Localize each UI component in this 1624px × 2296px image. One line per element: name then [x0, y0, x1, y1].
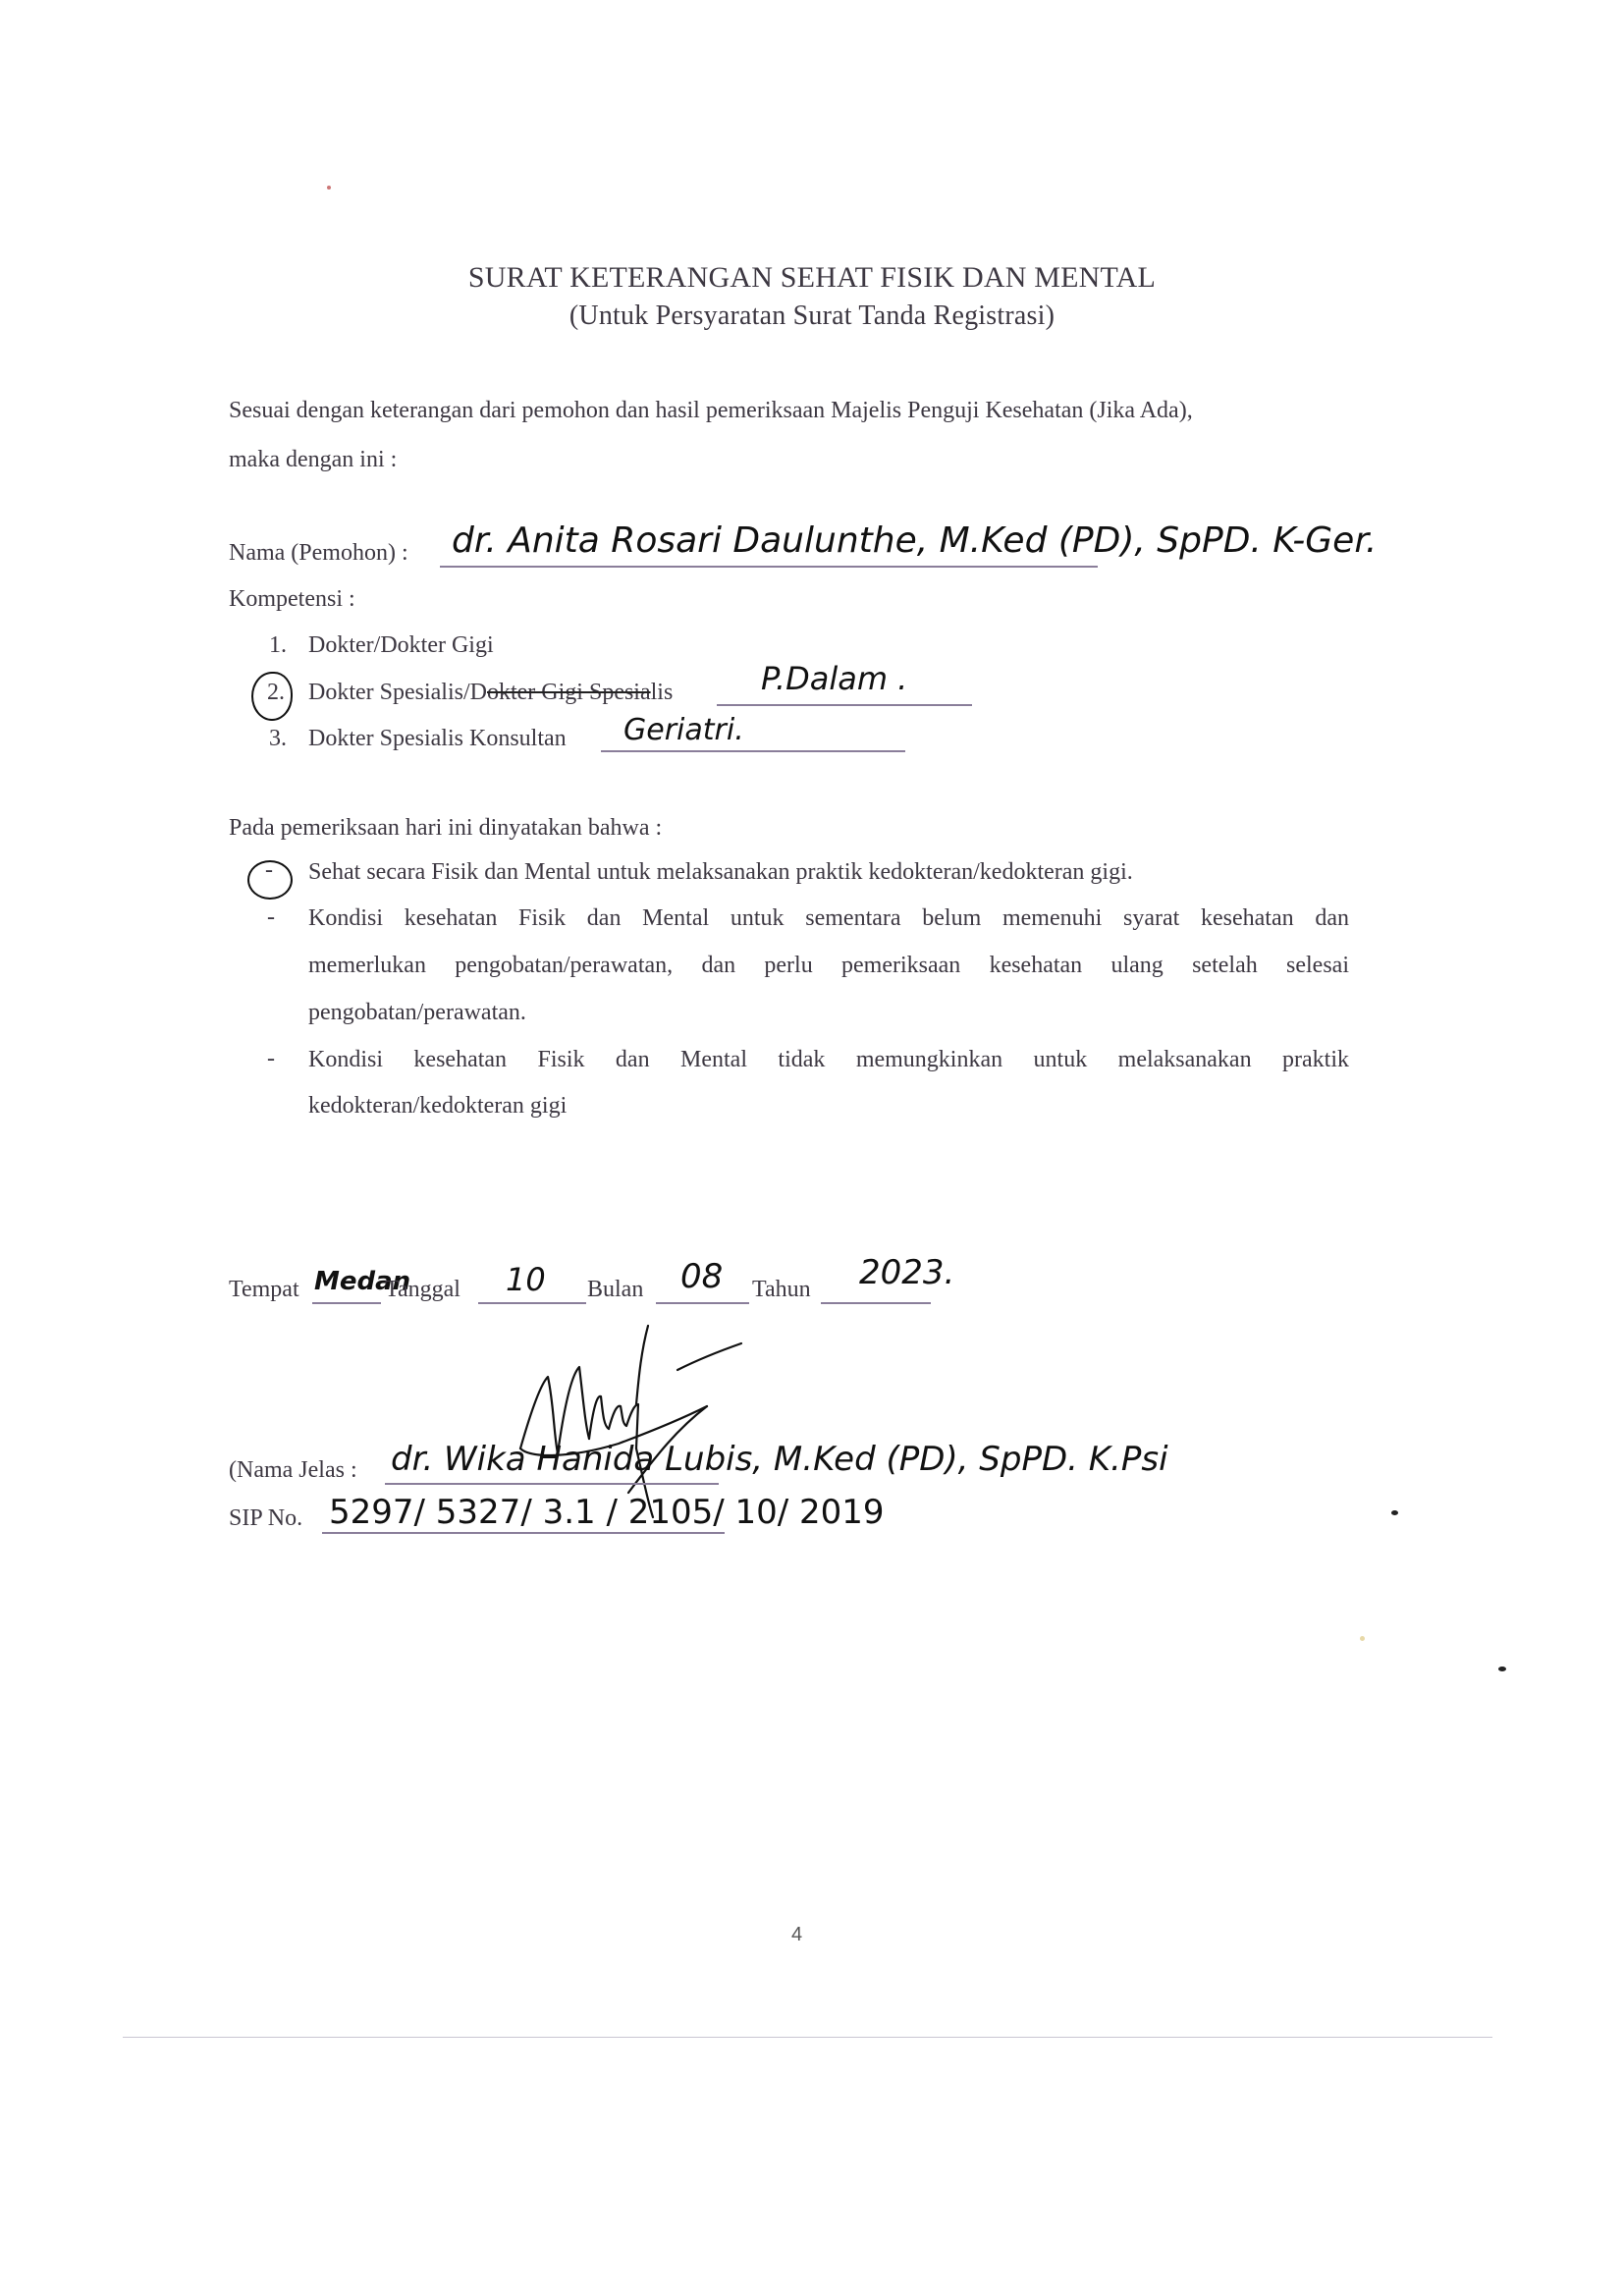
exam-item-2-bullet: -	[267, 904, 275, 931]
exam-item-3-bullet: -	[267, 1046, 275, 1072]
month-underline	[656, 1302, 749, 1304]
signer-name-underline	[385, 1483, 719, 1485]
day-label: Tanggal	[385, 1277, 460, 1303]
exam-item-2-line-3: pengobatan/perawatan.	[308, 1000, 526, 1026]
scan-speck	[1391, 1510, 1398, 1515]
applicant-label: Nama (Pemohon) :	[229, 540, 408, 567]
document-title: SURAT KETERANGAN SEHAT FISIK DAN MENTAL	[0, 261, 1624, 295]
sip-label: SIP No.	[229, 1505, 302, 1532]
exam-item-2-line-2: memerlukan pengobatan/perawatan, dan per…	[308, 953, 1349, 979]
place-label: Tempat	[229, 1277, 299, 1303]
competence-item-3-underline	[601, 750, 905, 752]
sip-underline	[322, 1532, 725, 1534]
competence-item-1-number: 1.	[269, 632, 287, 659]
applicant-name-handwritten: dr. Anita Rosari Daulunthe, M.Ked (PD), …	[452, 520, 1377, 561]
competence-item-2: Dokter Spesialis/Dokter Gigi Spesialis	[308, 680, 673, 706]
sip-handwritten: 5297/ 5327/ 3.1 / 2105/ 10/ 2019	[329, 1493, 885, 1532]
competence-label: Kompetensi :	[229, 586, 355, 613]
competence-item-3-filled: Geriatri.	[623, 713, 744, 747]
intro-line-2: maka dengan ini :	[229, 447, 397, 473]
exam-item-2-line-1: Kondisi kesehatan Fisik dan Mental untuk…	[308, 905, 1349, 932]
month-label: Bulan	[587, 1277, 643, 1303]
document-subtitle: (Untuk Persyaratan Surat Tanda Registras…	[0, 301, 1624, 332]
exam-item-1-line-1: Sehat secara Fisik dan Mental untuk mela…	[308, 859, 1133, 886]
competence-item-2-struck-text: okter Gigi Spesia	[487, 680, 651, 705]
competence-item-3: Dokter Spesialis Konsultan	[308, 726, 567, 752]
examination-label: Pada pemeriksaan hari ini dinyatakan bah…	[229, 815, 662, 842]
intro-line-1: Sesuai dengan keterangan dari pemohon da…	[229, 398, 1193, 424]
exam-item-1-bullet: -	[265, 857, 273, 884]
signer-name-label: (Nama Jelas :	[229, 1457, 357, 1484]
year-handwritten: 2023.	[859, 1253, 954, 1292]
scan-speck	[1498, 1667, 1506, 1671]
signer-name-handwritten: dr. Wika Hanida Lubis, M.Ked (PD), SpPD.…	[391, 1440, 1168, 1479]
competence-item-2-text: Dokter Spesialis/D	[308, 680, 487, 705]
competence-item-2-filled: P.Dalam .	[761, 660, 907, 697]
competence-item-2-underline	[717, 704, 972, 706]
day-handwritten: 10	[506, 1261, 546, 1298]
exam-item-3-line-2: kedokteran/kedokteran gigi	[308, 1093, 567, 1120]
day-underline	[478, 1302, 586, 1304]
competence-item-1: Dokter/Dokter Gigi	[308, 632, 494, 659]
place-underline	[312, 1302, 381, 1304]
page-number: 4	[791, 1924, 802, 1946]
year-label: Tahun	[752, 1277, 811, 1303]
scan-speck	[327, 186, 331, 190]
month-handwritten: 08	[680, 1257, 723, 1296]
scan-edge-line	[123, 2037, 1492, 2038]
year-underline	[821, 1302, 931, 1304]
applicant-underline	[440, 566, 1098, 568]
competence-item-3-number: 3.	[269, 726, 287, 752]
competence-item-2-tail: lis	[651, 680, 674, 705]
exam-item-3-line-1: Kondisi kesehatan Fisik dan Mental tidak…	[308, 1047, 1349, 1073]
scan-speck	[1360, 1636, 1365, 1641]
competence-item-2-number: 2.	[267, 680, 285, 706]
